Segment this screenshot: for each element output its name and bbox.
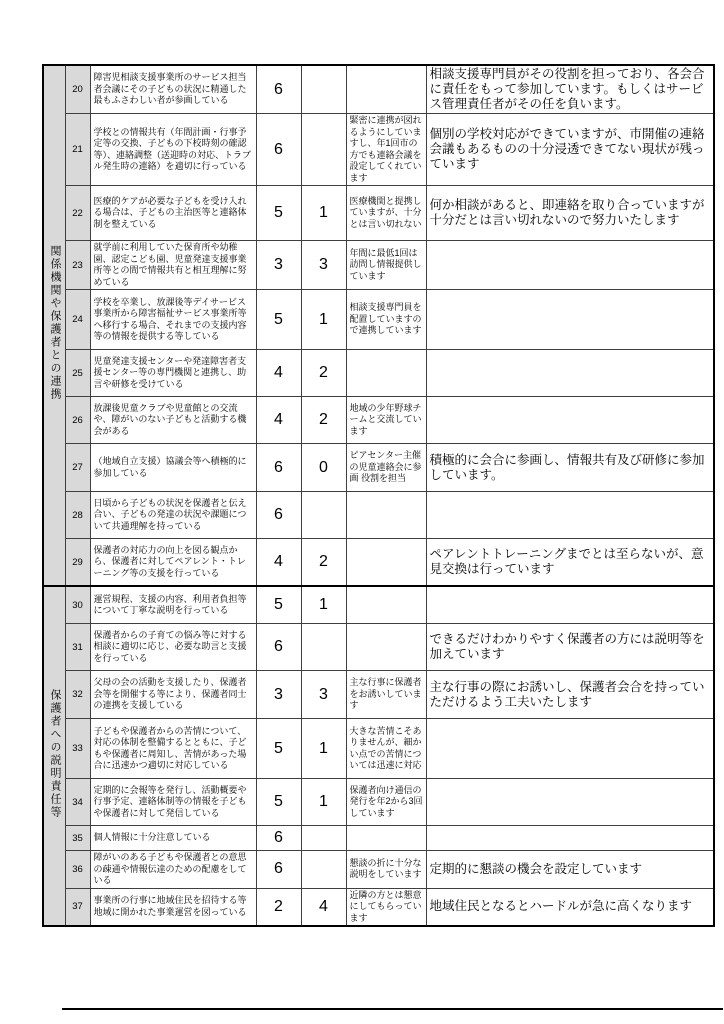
comment-cell <box>346 350 426 397</box>
evaluation-table: 関係機関や保護者との連携20 障害児相談支援事業所のサービス担当者会議にその子ど… <box>42 64 715 927</box>
score-b-cell: 2 <box>301 539 346 587</box>
comment-cell: 医療機関と提携していますが、十分とは言い切れない <box>346 186 426 241</box>
score-a-cell: 5 <box>256 290 301 350</box>
comment-cell: 保護者向け通信の発行を年2から3回しています <box>346 779 426 826</box>
row-number-cell: 35 <box>65 826 90 851</box>
row-number-cell: 33 <box>65 719 90 779</box>
question-cell: 運営規程、支援の内容、利用者負担等について丁寧な説明を行っている <box>90 586 256 624</box>
table-row: 33 子どもや保護者からの苦情について、対応の体制を整備するとともに、子どもや保… <box>43 719 714 779</box>
question-cell: 日頃から子どもの状況を保護者と伝え合い、子どもの発達の状況や課題について共通理解… <box>90 492 256 539</box>
score-a-cell: 6 <box>256 851 301 889</box>
question-cell: 医療的ケアが必要な子どもを受け入れる場合は、子どもの主治医等と連絡体制を整えてい… <box>90 186 256 241</box>
table-row: 保護者への説明責任等30 運営規程、支援の内容、利用者負担等について丁寧な説明を… <box>43 586 714 624</box>
score-b-cell <box>301 624 346 671</box>
remark-cell <box>426 586 714 624</box>
question-cell: （地域自立支援）協議会等へ積極的に参加している <box>90 444 256 492</box>
comment-cell <box>346 826 426 851</box>
comment-cell: 主な行事に保護者をお誘いしています <box>346 671 426 719</box>
table-row: 21 学校との情報共有（年間計画・行事予定等の交換、子どもの下校時刻の確認等）、… <box>43 114 714 186</box>
table-row: 37 事業所の行事に地域住民を招待する等地域に開かれた事業運営を図っている 2 … <box>43 888 714 926</box>
comment-cell <box>346 539 426 587</box>
score-a-cell: 6 <box>256 624 301 671</box>
row-number-cell: 28 <box>65 492 90 539</box>
question-cell: 子どもや保護者からの苦情について、対応の体制を整備するとともに、子どもや保護者に… <box>90 719 256 779</box>
table-row: 23 就学前に利用していた保育所や幼稚園、認定こども園、児童発達支援事業所等との… <box>43 241 714 290</box>
table-row: 関係機関や保護者との連携20 障害児相談支援事業所のサービス担当者会議にその子ど… <box>43 65 714 114</box>
score-a-cell: 3 <box>256 241 301 290</box>
remark-cell <box>426 779 714 826</box>
comment-cell: 緊密に連携が図れるようにしていますし、年1回市の方でも連絡会議を設定してくれてい… <box>346 114 426 186</box>
category-cell: 関係機関や保護者との連携 <box>43 65 65 586</box>
score-b-cell <box>301 114 346 186</box>
score-a-cell: 6 <box>256 492 301 539</box>
row-number-cell: 37 <box>65 888 90 926</box>
row-number-cell: 27 <box>65 444 90 492</box>
evaluation-table-body: 関係機関や保護者との連携20 障害児相談支援事業所のサービス担当者会議にその子ど… <box>43 65 714 926</box>
category-cell: 保護者への説明責任等 <box>43 586 65 926</box>
row-number-cell: 31 <box>65 624 90 671</box>
remark-cell <box>426 826 714 851</box>
question-cell: 定期的に会報等を発行し、活動概要や行事予定、連絡体制等の情報を子どもや保護者に対… <box>90 779 256 826</box>
question-cell: 学校を卒業し、放課後等デイサービス事業所から障害福祉サービス事業所等へ移行する場… <box>90 290 256 350</box>
score-b-cell <box>301 65 346 114</box>
score-b-cell: 2 <box>301 397 346 444</box>
remark-cell: 主な行事の際にお誘いし、保護者会合を持っていただけるよう工夫いたします <box>426 671 714 719</box>
table-row: 34 定期的に会報等を発行し、活動概要や行事予定、連絡体制等の情報を子どもや保護… <box>43 779 714 826</box>
score-b-cell: 1 <box>301 186 346 241</box>
score-a-cell: 6 <box>256 65 301 114</box>
question-cell: 障害児相談支援事業所のサービス担当者会議にその子どもの状況に精通した最もふさわし… <box>90 65 256 114</box>
question-cell: 事業所の行事に地域住民を招待する等地域に開かれた事業運営を図っている <box>90 888 256 926</box>
remark-cell <box>426 290 714 350</box>
remark-cell <box>426 719 714 779</box>
comment-cell: 大きな苦情こそありませんが、細かい点での苦情については迅速に対応 <box>346 719 426 779</box>
score-a-cell: 5 <box>256 586 301 624</box>
question-cell: 放課後児童クラブや児童館との交流や、障がいのない子どもと活動する機会がある <box>90 397 256 444</box>
remark-cell <box>426 492 714 539</box>
score-b-cell: 2 <box>301 350 346 397</box>
table-row: 28 日頃から子どもの状況を保護者と伝え合い、子どもの発達の状況や課題について共… <box>43 492 714 539</box>
comment-cell <box>346 586 426 624</box>
table-row: 24 学校を卒業し、放課後等デイサービス事業所から障害福祉サービス事業所等へ移行… <box>43 290 714 350</box>
score-a-cell: 4 <box>256 350 301 397</box>
score-a-cell: 4 <box>256 397 301 444</box>
comment-cell: 近隣の方とは懇意にしてもらっています <box>346 888 426 926</box>
row-number-cell: 34 <box>65 779 90 826</box>
row-number-cell: 25 <box>65 350 90 397</box>
score-b-cell: 4 <box>301 888 346 926</box>
score-a-cell: 5 <box>256 779 301 826</box>
question-cell: 就学前に利用していた保育所や幼稚園、認定こども園、児童発達支援事業所等との間で情… <box>90 241 256 290</box>
question-cell: 個人情報に十分注意している <box>90 826 256 851</box>
row-number-cell: 26 <box>65 397 90 444</box>
table-row: 29 保護者の対応力の向上を図る観点から、保護者に対してペアレント・トレーニング… <box>43 539 714 587</box>
score-b-cell <box>301 851 346 889</box>
remark-cell: 個別の学校対応ができていますが、市開催の連絡会議もあるものの十分浸透できてない現… <box>426 114 714 186</box>
row-number-cell: 30 <box>65 586 90 624</box>
score-b-cell: 1 <box>301 779 346 826</box>
row-number-cell: 32 <box>65 671 90 719</box>
category-label: 関係機関や保護者との連携 <box>48 245 60 401</box>
row-number-cell: 23 <box>65 241 90 290</box>
score-a-cell: 6 <box>256 444 301 492</box>
score-b-cell <box>301 826 346 851</box>
question-cell: 父母の会の活動を支援したり、保護者会等を開催する等により、保護者同士の連携を支援… <box>90 671 256 719</box>
table-row: 32 父母の会の活動を支援したり、保護者会等を開催する等により、保護者同士の連携… <box>43 671 714 719</box>
remark-cell <box>426 350 714 397</box>
remark-cell <box>426 397 714 444</box>
table-row: 31 保護者からの子育ての悩み等に対する相談に適切に応じ、必要な助言と支援を行っ… <box>43 624 714 671</box>
row-number-cell: 36 <box>65 851 90 889</box>
question-cell: 保護者からの子育ての悩み等に対する相談に適切に応じ、必要な助言と支援を行っている <box>90 624 256 671</box>
page: 関係機関や保護者との連携20 障害児相談支援事業所のサービス担当者会議にその子ど… <box>0 0 724 1024</box>
score-b-cell: 3 <box>301 671 346 719</box>
table-row: 25 児童発達支援センターや発達障害者支援センター等の専門機関と連携し、助言や研… <box>43 350 714 397</box>
remark-cell <box>426 241 714 290</box>
row-number-cell: 20 <box>65 65 90 114</box>
row-number-cell: 24 <box>65 290 90 350</box>
comment-cell <box>346 492 426 539</box>
comment-cell: 相談支援専門員を配置していますので連携しています <box>346 290 426 350</box>
table-row: 22 医療的ケアが必要な子どもを受け入れる場合は、子どもの主治医等と連絡体制を整… <box>43 186 714 241</box>
remark-cell: ペアレントトレーニングまでとは至らないが、意見交換は行っています <box>426 539 714 587</box>
comment-cell <box>346 65 426 114</box>
question-cell: 学校との情報共有（年間計画・行事予定等の交換、子どもの下校時刻の確認等）、連絡調… <box>90 114 256 186</box>
score-a-cell: 5 <box>256 719 301 779</box>
score-a-cell: 6 <box>256 826 301 851</box>
remark-cell: 定期的に懇談の機会を設定しています <box>426 851 714 889</box>
score-a-cell: 2 <box>256 888 301 926</box>
page-bottom-rule <box>62 1008 723 1010</box>
score-a-cell: 6 <box>256 114 301 186</box>
score-b-cell <box>301 492 346 539</box>
table-row: 27 （地域自立支援）協議会等へ積極的に参加している 6 0 ピアセンター主催の… <box>43 444 714 492</box>
score-b-cell: 1 <box>301 719 346 779</box>
score-a-cell: 3 <box>256 671 301 719</box>
remark-cell: 積極的に会合に参画し、情報共有及び研修に参加しています。 <box>426 444 714 492</box>
question-cell: 保護者の対応力の向上を図る観点から、保護者に対してペアレント・トレーニング等の支… <box>90 539 256 587</box>
score-b-cell: 3 <box>301 241 346 290</box>
table-row: 36 障がいのある子どもや保護者との意思の疎通や情報伝達のための配慮をしている … <box>43 851 714 889</box>
question-cell: 障がいのある子どもや保護者との意思の疎通や情報伝達のための配慮をしている <box>90 851 256 889</box>
comment-cell: 年間に最低1回は訪問し情報提供しています <box>346 241 426 290</box>
row-number-cell: 21 <box>65 114 90 186</box>
remark-cell: 何か相談があると、即連絡を取り合っていますが十分だとは言い切れないので努力いたし… <box>426 186 714 241</box>
score-b-cell: 1 <box>301 290 346 350</box>
row-number-cell: 29 <box>65 539 90 587</box>
table-row: 35 個人情報に十分注意している 6 <box>43 826 714 851</box>
score-b-cell: 0 <box>301 444 346 492</box>
row-number-cell: 22 <box>65 186 90 241</box>
comment-cell: 懇談の折に十分な説明をしています <box>346 851 426 889</box>
comment-cell: ピアセンター主催の児童連絡会に参画 役割を担当 <box>346 444 426 492</box>
remark-cell: できるだけわかりやすく保護者の方には説明等を加えています <box>426 624 714 671</box>
category-label: 保護者への説明責任等 <box>48 689 60 819</box>
table-row: 26 放課後児童クラブや児童館との交流や、障がいのない子どもと活動する機会がある… <box>43 397 714 444</box>
score-a-cell: 4 <box>256 539 301 587</box>
remark-cell: 相談支援専門員がその役割を担っており、各会合に責任をもって参加しています。もしく… <box>426 65 714 114</box>
remark-cell: 地域住民となるとハードルが急に高くなります <box>426 888 714 926</box>
score-a-cell: 5 <box>256 186 301 241</box>
comment-cell: 地域の少年野球チームと交流しています <box>346 397 426 444</box>
comment-cell <box>346 624 426 671</box>
question-cell: 児童発達支援センターや発達障害者支援センター等の専門機関と連携し、助言や研修を受… <box>90 350 256 397</box>
score-b-cell: 1 <box>301 586 346 624</box>
